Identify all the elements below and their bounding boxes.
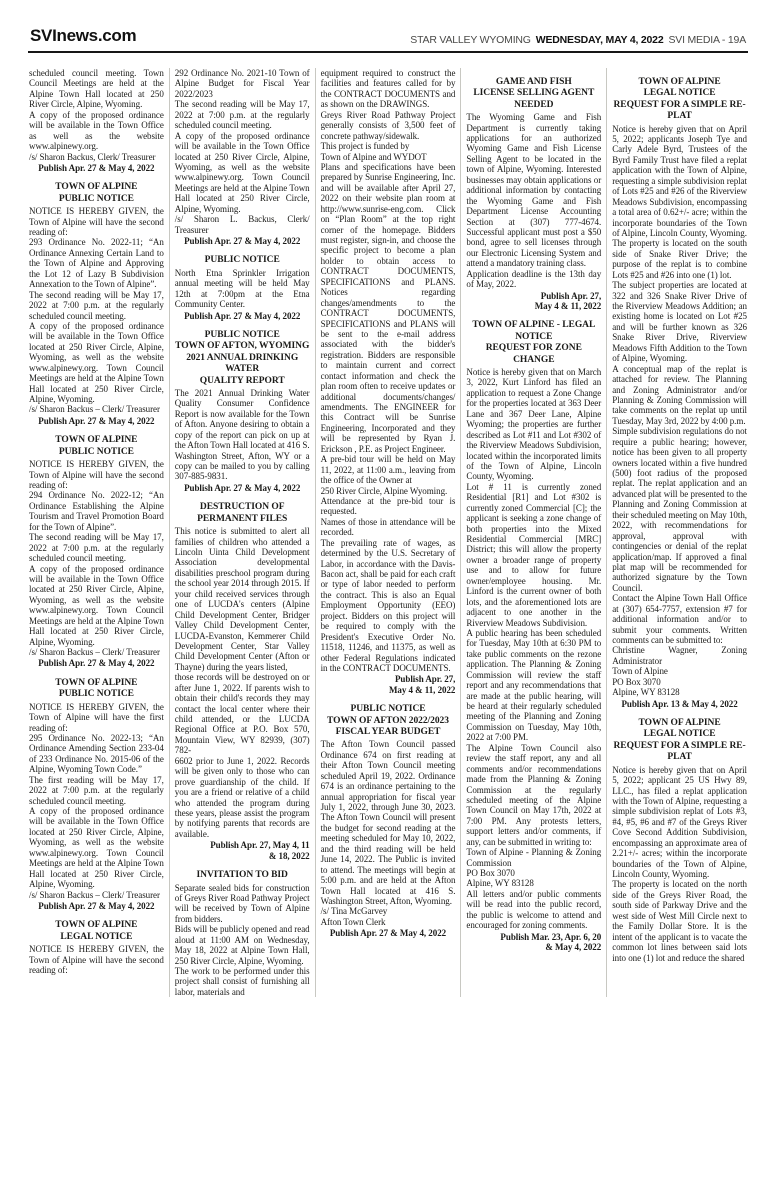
news-column-2: 292 Ordinance No. 2021-10 Town of Alpine… [170,68,316,997]
notice-paragraph: A copy of the proposed ordinance will be… [29,806,164,890]
notice-paragraph: The subject properties are located at 32… [612,280,747,364]
notice-paragraph: Afton Town Clerk [321,917,456,927]
brand-logo: SVInews.com [30,26,136,46]
notice-paragraph: North Etna Sprinkler Irrigation annual m… [175,268,310,310]
notice-paragraph: The second reading will be May 17, 2022 … [29,532,164,563]
notice-paragraph: A copy of the proposed ordinance will be… [29,564,164,648]
notice-heading: TOWN OF ALPINE PUBLIC NOTICE [29,182,164,205]
notice-paragraph: /s/ Sharon Backus – Clerk/ Treasurer [29,647,164,657]
publish-line: Publish Apr. 27 & May 4, 2022 [29,416,164,426]
publish-line: Publish Apr. 27, May 4 & 11, 2022 [321,674,456,695]
notice-paragraph: The Afton Town Council passed Ordinance … [321,739,456,906]
notice-paragraph: Contact the Alpine Town Hall Office at (… [612,593,747,645]
dateline-edition: SVI MEDIA - 19A [668,34,746,46]
notice-paragraph: Greys River Road Pathway Project general… [321,110,456,141]
notice-paragraph: A copy of the proposed ordinance will be… [29,321,164,405]
publish-line: Publish Apr. 27 & May 4, 2022 [321,928,456,938]
notice-paragraph: Plans and specifications have been prepa… [321,162,456,454]
notice-paragraph: PO Box 3070 [612,677,747,687]
notice-paragraph: Attendance at the pre-bid tour is reques… [321,496,456,517]
notice-paragraph: Notice is hereby given that on April 5, … [612,765,747,880]
notice-paragraph: A copy of the proposed ordinance will be… [29,110,164,152]
notice-paragraph: Alpine, WY 83128 [466,878,601,888]
notice-paragraph: Town of Alpine [612,666,747,676]
notice-paragraph: The prevailing rate of wages, as determi… [321,538,456,674]
publish-line: Publish Apr. 27 & May 4, 2022 [29,658,164,668]
publish-line: Publish Apr. 27, May 4 & 11, 2022 [466,291,601,312]
legal-notices-section: scheduled council meeting. Town Council … [28,68,748,997]
notice-paragraph: Town of Alpine - Planning & Zoning Commi… [466,847,601,868]
notice-paragraph: Lot # 11 is currently zoned Residential … [466,482,601,628]
notice-paragraph: NOTICE IS HEREBY GIVEN, the Town of Alpi… [29,459,164,490]
notice-paragraph: A conceptual map of the replat is attach… [612,364,747,427]
notice-paragraph: Town of Alpine and WYDOT [321,152,456,162]
notice-paragraph: NOTICE IS HEREBY GIVEN, the Town of Alpi… [29,702,164,733]
notice-paragraph: NOTICE IS HEREBY GIVEN, the Town of Alpi… [29,206,164,237]
publish-line: Publish Apr. 27 & May 4, 2022 [29,163,164,173]
publish-line: Publish Apr. 27 & May 4, 2022 [175,483,310,493]
notice-paragraph: equipment required to construct the faci… [321,68,456,110]
news-column-3: equipment required to construct the faci… [316,68,462,997]
notice-paragraph: A pre-bid tour will be held on May 11, 2… [321,454,456,485]
notice-paragraph: 6602 prior to June 1, 2022. Records will… [175,756,310,840]
notice-paragraph: The second reading will be May 17, 2022 … [29,290,164,321]
notice-paragraph: Notice is hereby given that on April 5, … [612,124,747,239]
notice-paragraph: The Wyoming Game and Fish Department is … [466,112,601,269]
notice-paragraph: All letters and/or public comments will … [466,889,601,931]
notice-paragraph: 250 River Circle, Alpine Wyoming. [321,486,456,496]
notice-paragraph: The 2021 Annual Drinking Water Quality C… [175,388,310,482]
news-column-4: GAME AND FISH LICENSE SELLING AGENT NEED… [461,68,607,997]
notice-paragraph: Separate sealed bids for construction of… [175,883,310,925]
notice-heading: PUBLIC NOTICE TOWN OF AFTON, WYOMING 202… [175,330,310,387]
notice-paragraph: PO Box 3070 [466,868,601,878]
notice-heading: DESTRUCTION OF PERMANENT FILES [175,502,310,525]
notice-paragraph: The first reading will be May 17, 2022 a… [29,775,164,806]
notice-paragraph: /s/ Tina McGarvey [321,906,456,916]
notice-paragraph: Bids will be publicly opened and read al… [175,924,310,966]
notice-paragraph: Alpine, WY 83128 [612,687,747,697]
notice-paragraph: /s/ Sharon Backus – Clerk/ Treasurer [29,404,164,414]
notice-paragraph: The property is located on the south sid… [612,238,747,280]
notice-heading: TOWN OF ALPINE - LEGAL NOTICE REQUEST FO… [466,320,601,366]
notice-paragraph: Simple subdivision regulations do not re… [612,426,747,593]
newspaper-page: SVInews.com STAR VALLEY WYOMING WEDNESDA… [0,0,768,1187]
news-column-5: TOWN OF ALPINE LEGAL NOTICE REQUEST FOR … [607,68,748,997]
notice-heading: TOWN OF ALPINE PUBLIC NOTICE [29,435,164,458]
notice-heading: PUBLIC NOTICE [175,255,310,266]
publish-line: Publish Apr. 27 & May 4, 2022 [175,236,310,246]
masthead: SVInews.com STAR VALLEY WYOMING WEDNESDA… [28,26,748,51]
notice-paragraph: This project is funded by [321,141,456,151]
publish-line: Publish Apr. 27, May 4, 11 & 18, 2022 [175,840,310,861]
publish-line: Publish Apr. 27 & May 4, 2022 [29,901,164,911]
notice-paragraph: Names of those in attendance will be rec… [321,517,456,538]
notice-paragraph: A copy of the proposed ordinance will be… [175,131,310,215]
notice-paragraph: 294 Ordinance No. 2022-12; “An Ordinance… [29,490,164,532]
notice-paragraph: those records will be destroyed on or af… [175,672,310,756]
notice-paragraph: scheduled council meeting. Town Council … [29,68,164,110]
notice-paragraph: The work to be performed under this proj… [175,966,310,997]
dateline-location: STAR VALLEY WYOMING [410,34,530,46]
notice-heading: TOWN OF ALPINE PUBLIC NOTICE [29,678,164,701]
notice-paragraph: Application deadline is the 13th day of … [466,269,601,290]
notice-paragraph: This notice is submitted to alert all fa… [175,526,310,672]
notice-paragraph: /s/ Sharon Backus, Clerk/ Treasurer [29,152,164,162]
notice-paragraph: NOTICE IS HEREBY GIVEN, the Town of Alpi… [29,944,164,975]
publish-line: Publish Apr. 13 & May 4, 2022 [612,699,747,709]
notice-paragraph: Christine Wagner, Zoning Administrator [612,645,747,666]
notice-paragraph: 293 Ordinance No. 2022-11; “An Ordinance… [29,237,164,289]
masthead-rule [28,51,748,53]
dateline: STAR VALLEY WYOMING WEDNESDAY, MAY 4, 20… [410,34,746,46]
publish-line: Publish Apr. 27 & May 4, 2022 [175,311,310,321]
notice-heading: PUBLIC NOTICE TOWN OF AFTON 2022/2023 FI… [321,704,456,738]
publish-line: Publish Mar. 23, Apr. 6, 20 & May 4, 202… [466,932,601,953]
notice-heading: TOWN OF ALPINE LEGAL NOTICE REQUEST FOR … [612,77,747,123]
dateline-date: WEDNESDAY, MAY 4, 2022 [536,34,664,46]
notice-heading: TOWN OF ALPINE LEGAL NOTICE REQUEST FOR … [612,718,747,764]
news-column-1: scheduled council meeting. Town Council … [28,68,170,997]
notice-paragraph: A public hearing has been scheduled for … [466,628,601,743]
notice-paragraph: 292 Ordinance No. 2021-10 Town of Alpine… [175,68,310,99]
notice-paragraph: The Alpine Town Council also review the … [466,743,601,847]
notice-heading: INVITATION TO BID [175,870,310,881]
notice-heading: TOWN OF ALPINE LEGAL NOTICE [29,920,164,943]
notice-paragraph: /s/ Sharon L. Backus, Clerk/ Treasurer [175,214,310,235]
notice-heading: GAME AND FISH LICENSE SELLING AGENT NEED… [466,77,601,111]
notice-paragraph: The second reading will be May 17, 2022 … [175,99,310,130]
notice-paragraph: /s/ Sharon Backus – Clerk/ Treasurer [29,890,164,900]
notice-paragraph: Notice is hereby given that on March 3, … [466,367,601,482]
notice-paragraph: The property is located on the north sid… [612,879,747,963]
notice-paragraph: 295 Ordinance No. 2022-13; “An Ordinance… [29,733,164,775]
